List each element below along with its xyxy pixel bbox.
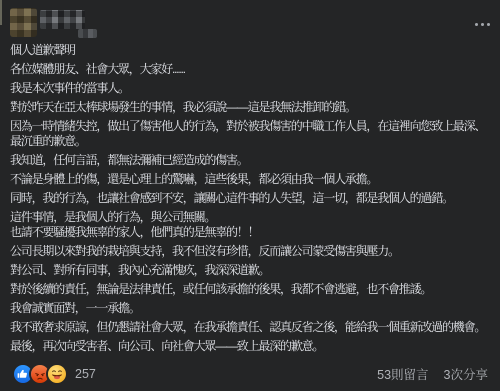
author-name-redacted[interactable]: [40, 10, 85, 29]
post-paragraph-5: 我知道，任何言語，都無法彌補已經造成的傷害。: [10, 153, 494, 168]
post-paragraph-3: 對於昨天在亞太棒球場發生的事情，我必須說——這是我無法推卸的錯。: [10, 100, 494, 115]
post-paragraph-6: 不論是身體上的傷，還是心理上的驚嚇，這些後果，都必須由我一個人承擔。: [10, 172, 494, 187]
more-options-icon[interactable]: [468, 18, 490, 30]
post-paragraph-12: 我會誠實面對，一一承擔。: [10, 301, 494, 316]
post-paragraph-1: 各位媒體朋友、社會大眾，大家好......: [10, 62, 494, 77]
post-timestamp-redacted: [78, 29, 97, 38]
haha-icon[interactable]: [46, 363, 68, 385]
post-header: [10, 8, 490, 40]
post-paragraph-14: 最後，再次向受害者、向公司、向社會大眾——致上最深的歉意。: [10, 339, 494, 354]
post-paragraph-9: 公司長期以來對我的栽培與支持，我不但沒有珍惜，反而讓公司蒙受傷害與壓力。: [10, 244, 494, 259]
reaction-summary[interactable]: 257: [12, 363, 96, 385]
post-paragraph-7: 同時，我的行為，也讓社會感到不安，讓關心這件事的人失望，這一切，都是我個人的過錯…: [10, 191, 494, 206]
post-paragraph-11: 對於後續的責任，無論是法律責任，或任何該承擔的後果，我都不會逃避，也不會推諉。: [10, 282, 494, 297]
post-paragraph-10: 對公司、對所有同事，我內心充滿愧疚，我深深道歉。: [10, 263, 494, 278]
reaction-count[interactable]: 257: [75, 367, 96, 381]
post-title: 個人道歉聲明: [10, 43, 494, 58]
post-paragraph-2: 我是本次事件的當事人。: [10, 81, 494, 96]
post-meta-counts: 53則留言 3次分享: [377, 365, 488, 383]
avatar[interactable]: [10, 8, 37, 37]
post-body: 個人道歉聲明 各位媒體朋友、社會大眾，大家好...... 我是本次事件的當事人。…: [10, 43, 494, 358]
screenshot-artifact-line: [0, 0, 2, 25]
shares-count[interactable]: 3次分享: [444, 365, 488, 383]
post-paragraph-8: 這件事情，是我個人的行為，與公司無關。 也請不要騷擾我無辜的家人，他們真的是無辜…: [10, 210, 494, 240]
comments-count[interactable]: 53則留言: [377, 365, 428, 383]
post-paragraph-4: 因為一時情緒失控，做出了傷害他人的行為，對於被我傷害的中職工作人員，在這裡向您致…: [10, 119, 494, 149]
post-paragraph-13: 我不敢奢求原諒，但仍懇請社會大眾，在我承擔責任、認真反省之後，能給我一個重新改過…: [10, 320, 494, 335]
engagement-bar: 257 53則留言 3次分享: [0, 362, 500, 386]
facebook-post: 個人道歉聲明 各位媒體朋友、社會大眾，大家好...... 我是本次事件的當事人。…: [0, 0, 500, 391]
